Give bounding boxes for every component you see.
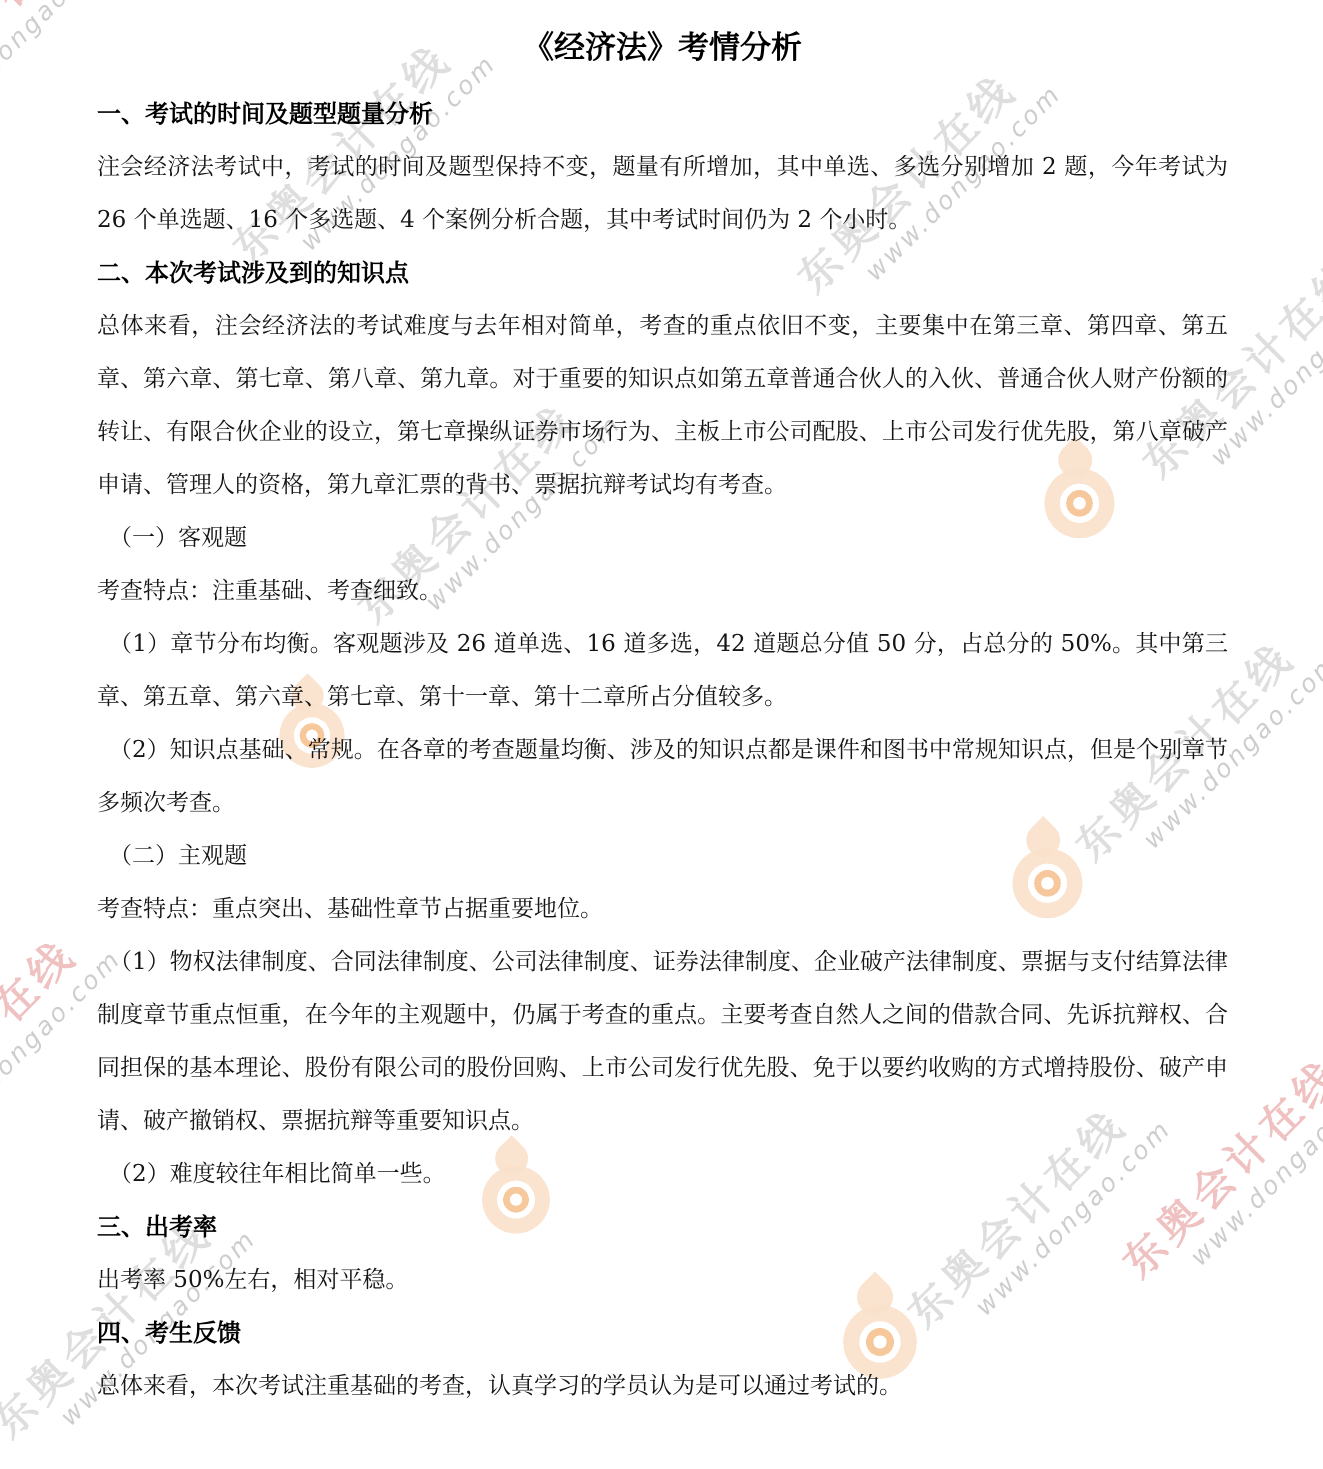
item-subjective-1: （1）物权法律制度、合同法律制度、公司法律制度、证券法律制度、企业破产法律制度、… xyxy=(97,936,1228,1148)
document-body: 《经济法》考情分析 一、考试的时间及题型题量分析 注会经济法考试中，考试的时间及… xyxy=(0,0,1323,1469)
heading-appearance-rate: 三、出考率 xyxy=(97,1201,1228,1254)
paragraph-appearance-rate: 出考率 50%左右，相对平稳。 xyxy=(97,1254,1228,1307)
heading-candidate-feedback: 四、考生反馈 xyxy=(97,1307,1228,1360)
paragraph-objective-features: 考查特点：注重基础、考查细致。 xyxy=(97,565,1228,618)
item-subjective-2: （2）难度较往年相比简单一些。 xyxy=(97,1148,1228,1201)
paragraph-exam-time-types: 注会经济法考试中，考试的时间及题型保持不变，题量有所增加，其中单选、多选分别增加… xyxy=(97,141,1228,247)
heading-knowledge-points: 二、本次考试涉及到的知识点 xyxy=(97,247,1228,300)
item-objective-1: （1）章节分布均衡。客观题涉及 26 道单选、16 道多选，42 道题总分值 5… xyxy=(97,618,1228,724)
paragraph-subjective-features: 考查特点：重点突出、基础性章节占据重要地位。 xyxy=(97,883,1228,936)
heading-exam-time-types: 一、考试的时间及题型题量分析 xyxy=(97,88,1228,141)
page-title: 《经济法》考情分析 xyxy=(97,24,1228,72)
document-page: 东奥会计在线 www.dongao.com 东奥会计在线 www.dongao.… xyxy=(0,0,1323,1469)
subheading-subjective-questions: （二）主观题 xyxy=(97,830,1228,883)
paragraph-knowledge-overview: 总体来看，注会经济法的考试难度与去年相对简单，考查的重点依旧不变，主要集中在第三… xyxy=(97,300,1228,512)
item-objective-2: （2）知识点基础、常规。在各章的考查题量均衡、涉及的知识点都是课件和图书中常规知… xyxy=(97,724,1228,830)
paragraph-candidate-feedback: 总体来看，本次考试注重基础的考查，认真学习的学员认为是可以通过考试的。 xyxy=(97,1360,1228,1413)
subheading-objective-questions: （一）客观题 xyxy=(97,512,1228,565)
